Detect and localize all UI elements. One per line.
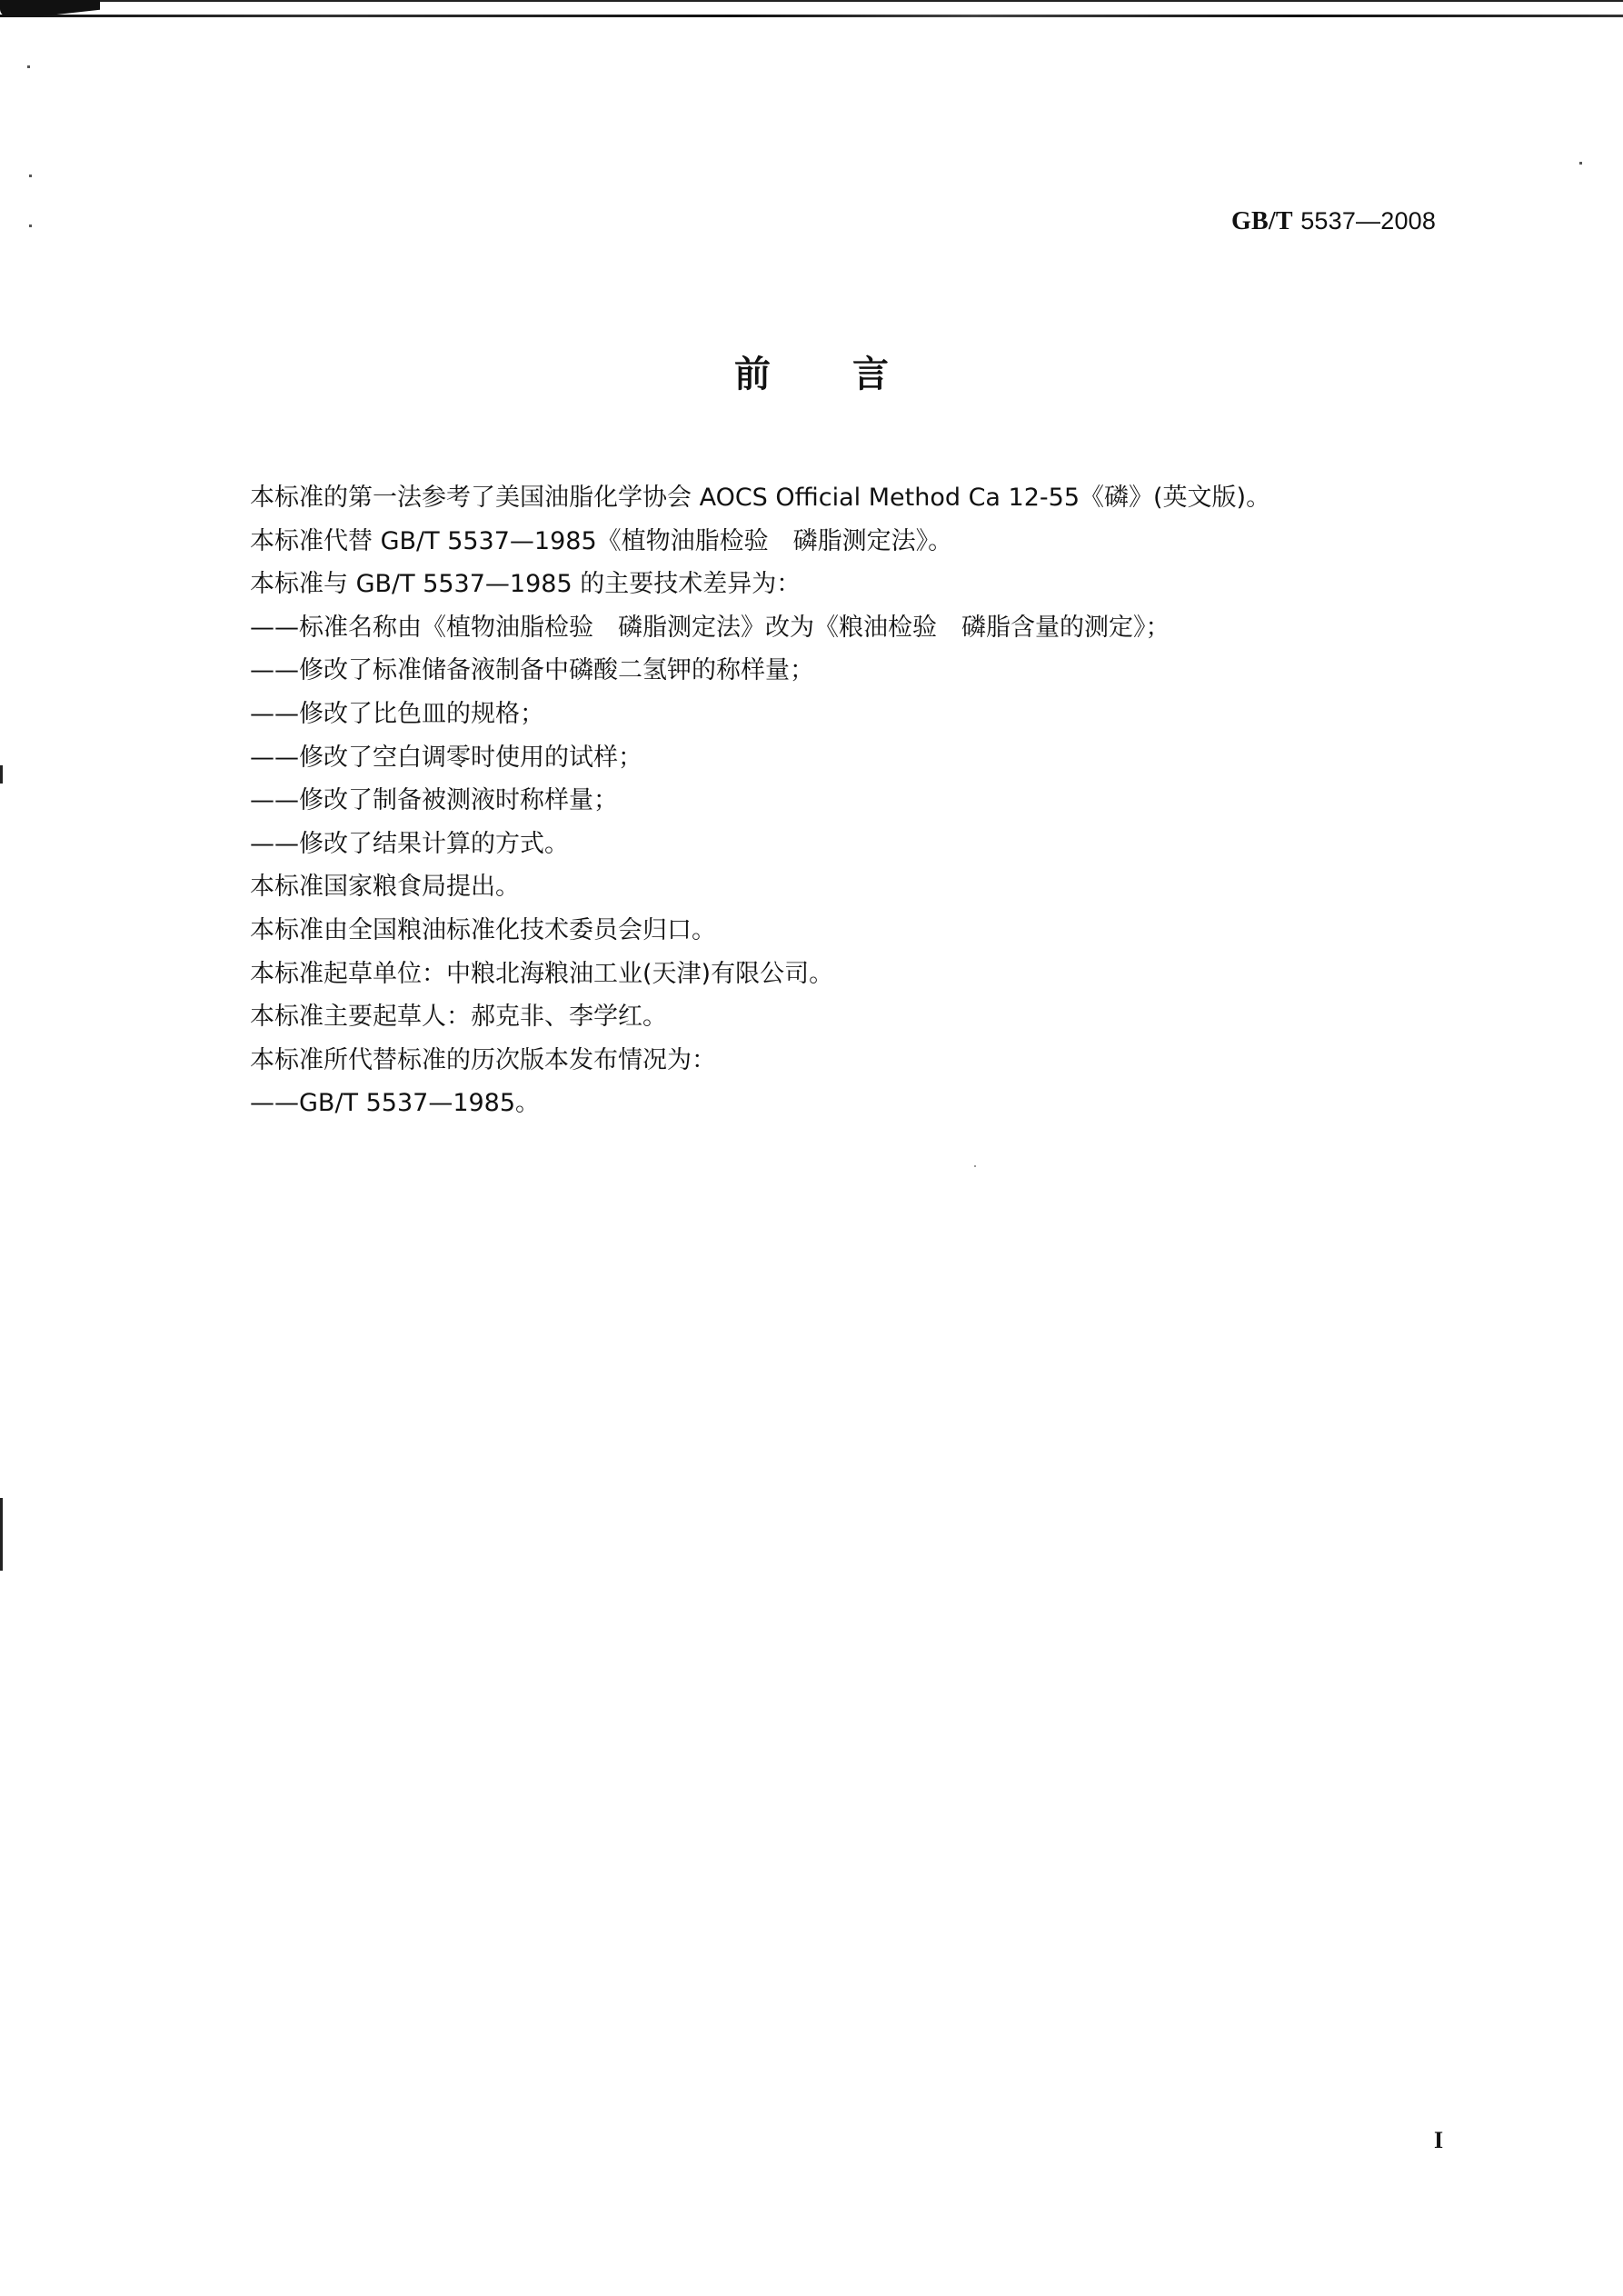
paragraph-line: 本标准与 GB/T 5537—1985 的主要技术差异为： (250, 563, 1431, 606)
paragraph-line: 本标准代替 GB/T 5537—1985《植物油脂检验 磷脂测定法》。 (250, 520, 1431, 564)
standard-prefix: GB/T (1231, 207, 1293, 235)
scan-speck (29, 175, 32, 177)
page-title: 前言 (0, 345, 1623, 397)
standard-code: GB/T 5537—2008 (1231, 207, 1436, 236)
paragraph-line: 本标准所代替标准的历次版本发布情况为： (250, 1039, 1431, 1083)
page-title-char-1: 前 (734, 345, 771, 397)
paragraph-line: 本标准主要起草人：郝克非、李学红。 (250, 995, 1431, 1039)
paragraph-line: 本标准的第一法参考了美国油脂化学协会 AOCS Official Method … (250, 476, 1431, 520)
scan-speck (974, 1165, 976, 1167)
list-item-change: ——修改了制备被测液时称样量； (250, 779, 1431, 823)
list-item-change: ——修改了结果计算的方式。 (250, 823, 1431, 866)
list-item-change: ——修改了比色皿的规格； (250, 693, 1431, 736)
paragraph-line: 本标准起草单位：中粮北海粮油工业(天津)有限公司。 (250, 953, 1431, 996)
paragraph-line: 本标准由全国粮油标准化技术委员会归口。 (250, 909, 1431, 953)
standard-number: 5537—2008 (1300, 207, 1436, 235)
scan-edge-left-mark (0, 1498, 3, 1571)
paragraph-line: 本标准国家粮食局提出。 (250, 865, 1431, 909)
list-item-history: ——GB/T 5537—1985。 (250, 1082, 1431, 1125)
page-title-char-2: 言 (852, 345, 889, 397)
page-number: I (1434, 2127, 1443, 2154)
list-item-change: ——修改了标准储备液制备中磷酸二氢钾的称样量； (250, 649, 1431, 693)
scan-speck (27, 65, 30, 68)
foreword-body: 本标准的第一法参考了美国油脂化学协会 AOCS Official Method … (250, 476, 1431, 1125)
scan-edge-left-mark (0, 765, 3, 784)
list-item-change: ——标准名称由《植物油脂检验 磷脂测定法》改为《粮油检验 磷脂含量的测定》； (250, 606, 1431, 650)
list-item-change: ——修改了空白调零时使用的试样； (250, 736, 1431, 780)
scan-edge-top-shadow (0, 15, 1623, 17)
scan-edge-top (0, 0, 1623, 2)
scan-speck (29, 225, 32, 227)
scan-speck (1579, 162, 1582, 165)
